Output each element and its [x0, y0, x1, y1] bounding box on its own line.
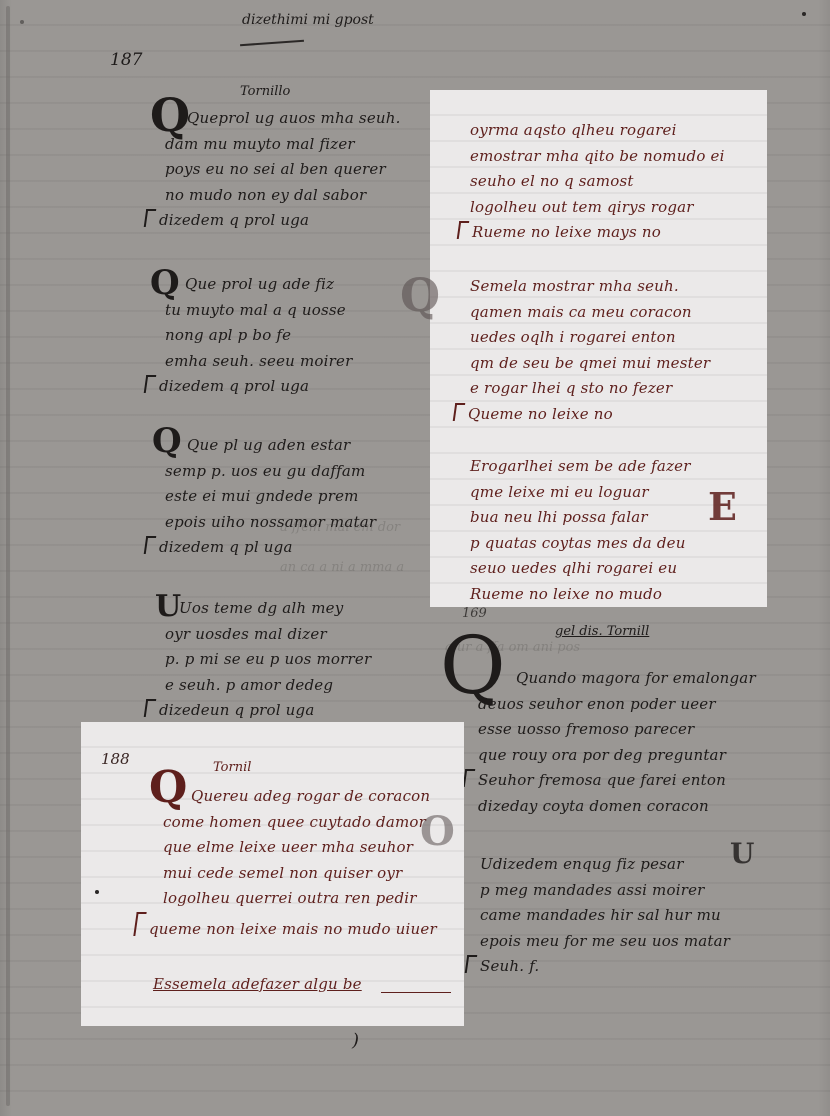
verse-line: Quando magora for emalongar [478, 666, 756, 692]
verse-line: este ei mui gndede prem [165, 484, 376, 510]
refrain-text: dizedeun q prol uga [159, 701, 315, 719]
refrain-line: Queme no leixe no [454, 402, 710, 428]
stanza: Uos teme dg alh mey oyr uosdes mal dizer… [165, 596, 371, 724]
paragraph-mark-icon [465, 955, 478, 973]
paragraph-mark-icon [457, 221, 470, 239]
verse-line: nong apl p bo fe [165, 323, 352, 349]
refrain-line: Rueme no leixe no mudo [470, 582, 691, 608]
verse-line: seuo uedes qlhi rogarei eu [470, 556, 691, 582]
paragraph-mark-icon [144, 209, 157, 227]
top-marginal-note: dizethimi mi gpost [242, 12, 374, 28]
verse-line: e seuh. p amor dedeg [165, 673, 371, 699]
verse-line: que rouy ora por deg preguntar [478, 743, 756, 769]
refrain-text: queme non leixe mais no mudo uiuer [149, 920, 437, 938]
ink-speck [95, 890, 99, 894]
folio-number-lower: 188 [101, 750, 130, 768]
refrain-text: dizedem q prol uga [159, 211, 309, 229]
verse-line: p quatas coytas mes da deu [470, 531, 691, 557]
verse-line: Semela mostrar mha seuh. [470, 274, 710, 300]
refrain-line: dizedem q prol uga [145, 208, 401, 234]
verse-line: mui cede semel non quiser oyr [163, 861, 437, 887]
stanza: Que prol ug ade fiz tu muyto mal a q uos… [165, 272, 352, 400]
show-through-text: an ca a ni a mma a [280, 560, 404, 575]
verse-line: emostrar mha qito be nomudo ei [470, 144, 725, 170]
verse-line: p meg mandades assi moirer [480, 878, 730, 904]
verse-line: que elme leixe ueer mha seuhor [163, 835, 437, 861]
refrain-text: Seuh. f. [480, 957, 539, 975]
verse-line: bua neu lhi possa falar [470, 505, 691, 531]
verse-line: oyr uosdes mal dizer [165, 622, 371, 648]
refrain-text: Queme no leixe no [468, 405, 613, 423]
manuscript-page: a ni a mui a ra aas e sm an aama mir e a… [0, 0, 830, 1116]
faded-initial: E [708, 488, 737, 526]
verse-line: Udizedem enqug fiz pesar [480, 852, 730, 878]
marginal-initial-fragment: U [730, 840, 754, 868]
note-underline [240, 40, 304, 46]
page-edge [6, 6, 10, 1106]
catchword-rule [381, 992, 451, 993]
verse-line: Queprol ug auos mha seuh. [165, 106, 401, 132]
refrain-line: dizeday coyta domen coracon [478, 794, 756, 820]
stanza: Udizedem enqug fiz pesar p meg mandades … [480, 852, 730, 980]
verse-line: seuho el no q samost [470, 169, 725, 195]
paragraph-mark-icon [463, 769, 476, 787]
verse-line: qamen mais ca meu coracon [470, 300, 710, 326]
verse-line: Erogarlhei sem be ade fazer [470, 454, 691, 480]
refrain-text: Seuhor fremosa que farei enton [478, 771, 726, 789]
verse-line: epois meu for me seu uos matar [480, 929, 730, 955]
verse-line: e rogar lhei q sto no fezer [470, 376, 710, 402]
paragraph-mark-icon [133, 912, 146, 936]
author-label: Tornillo [240, 84, 290, 99]
stanza: Quando magora for emalongar deuos seuhor… [478, 666, 756, 819]
verse-line: logolheu out tem qirys rogar [470, 195, 725, 221]
author-label: Tornil [213, 760, 251, 775]
verse-line: esse uosso fremoso parecer [478, 717, 756, 743]
paragraph-mark-icon [144, 375, 157, 393]
paragraph-mark-icon [144, 699, 157, 717]
facsimile-overlay-upper-right: oyrma aqsto qlheu rogarei emostrar mha q… [430, 90, 767, 607]
refrain-line: dizedem q prol uga [145, 374, 352, 400]
verse-line: oyrma aqsto qlheu rogarei [470, 118, 725, 144]
refrain-line: dizedem q pl uga [145, 535, 376, 561]
verse-line: logolheu querrei outra ren pedir [163, 886, 437, 912]
refrain-line: Seuh. f. [466, 954, 730, 980]
paragraph-mark-icon [453, 403, 466, 421]
verse-line: Quereu adeg rogar de coracon [163, 784, 437, 810]
stanza: oyrma aqsto qlheu rogarei emostrar mha q… [470, 118, 725, 246]
stanza: Erogarlhei sem be ade fazer qme leixe mi… [470, 454, 691, 607]
verse-line: deuos seuhor enon poder ueer [478, 692, 756, 718]
verse-line: Que prol ug ade fiz [165, 272, 352, 298]
refrain-line: Seuhor fremosa que farei enton [464, 768, 756, 794]
stanza: Semela mostrar mha seuh. qamen mais ca m… [470, 274, 710, 427]
verse-line: Uos teme dg alh mey [165, 596, 371, 622]
refrain-text: dizedem q prol uga [159, 377, 309, 395]
ink-speck [20, 20, 24, 24]
facsimile-overlay-lower-left: 188 Tornil Q Quereu adeg rogar de coraco… [81, 722, 464, 1026]
verse-line: dam mu muyto mal fizer [165, 132, 401, 158]
ink-speck [802, 12, 806, 16]
refrain-line: Rueme no leixe mays no [458, 220, 725, 246]
verse-line: no mudo non ey dal sabor [165, 183, 401, 209]
refrain-text: Rueme no leixe mays no [472, 223, 661, 241]
stanza: Que pl ug aden estar semp p. uos eu gu d… [165, 433, 376, 561]
verse-line: qme leixe mi eu loguar [470, 480, 691, 506]
stanza: Queprol ug auos mha seuh. dam mu muyto m… [165, 106, 401, 234]
folio-number-upper: 187 [110, 50, 142, 70]
verse-line: qm de seu be qmei mui mester [470, 351, 710, 377]
verse-line: come homen quee cuytado damor [163, 810, 437, 836]
paragraph-mark-icon [144, 536, 157, 554]
section-heading: gel dis. Tornill [555, 624, 649, 639]
verse-line: poys eu no sei al ben querer [165, 157, 401, 183]
stanza: Quereu adeg rogar de coracon come homen … [163, 784, 437, 942]
verse-line: tu muyto mal a q uosse [165, 298, 352, 324]
verse-line: semp p. uos eu gu daffam [165, 459, 376, 485]
verse-line: came mandades hir sal hur mu [480, 903, 730, 929]
refrain-line: queme non leixe mais no mudo uiuer [135, 912, 437, 943]
faded-initial: Q [400, 272, 440, 318]
refrain-text: dizedem q pl uga [159, 538, 293, 556]
catchword: Essemela adefazer algu be [153, 972, 362, 998]
verse-line: uedes oqlh i rogarei enton [470, 325, 710, 351]
bottom-mark: ) [352, 1030, 359, 1051]
verse-line: emha seuh. seeu moirer [165, 349, 352, 375]
verse-line: Que pl ug aden estar [165, 433, 376, 459]
verse-line: p. p mi se eu p uos morrer [165, 647, 371, 673]
faded-initial: O [420, 812, 455, 852]
verse-line: epois uiho nossamor matar [165, 510, 376, 536]
refrain-line: dizedeun q prol uga [145, 698, 371, 724]
